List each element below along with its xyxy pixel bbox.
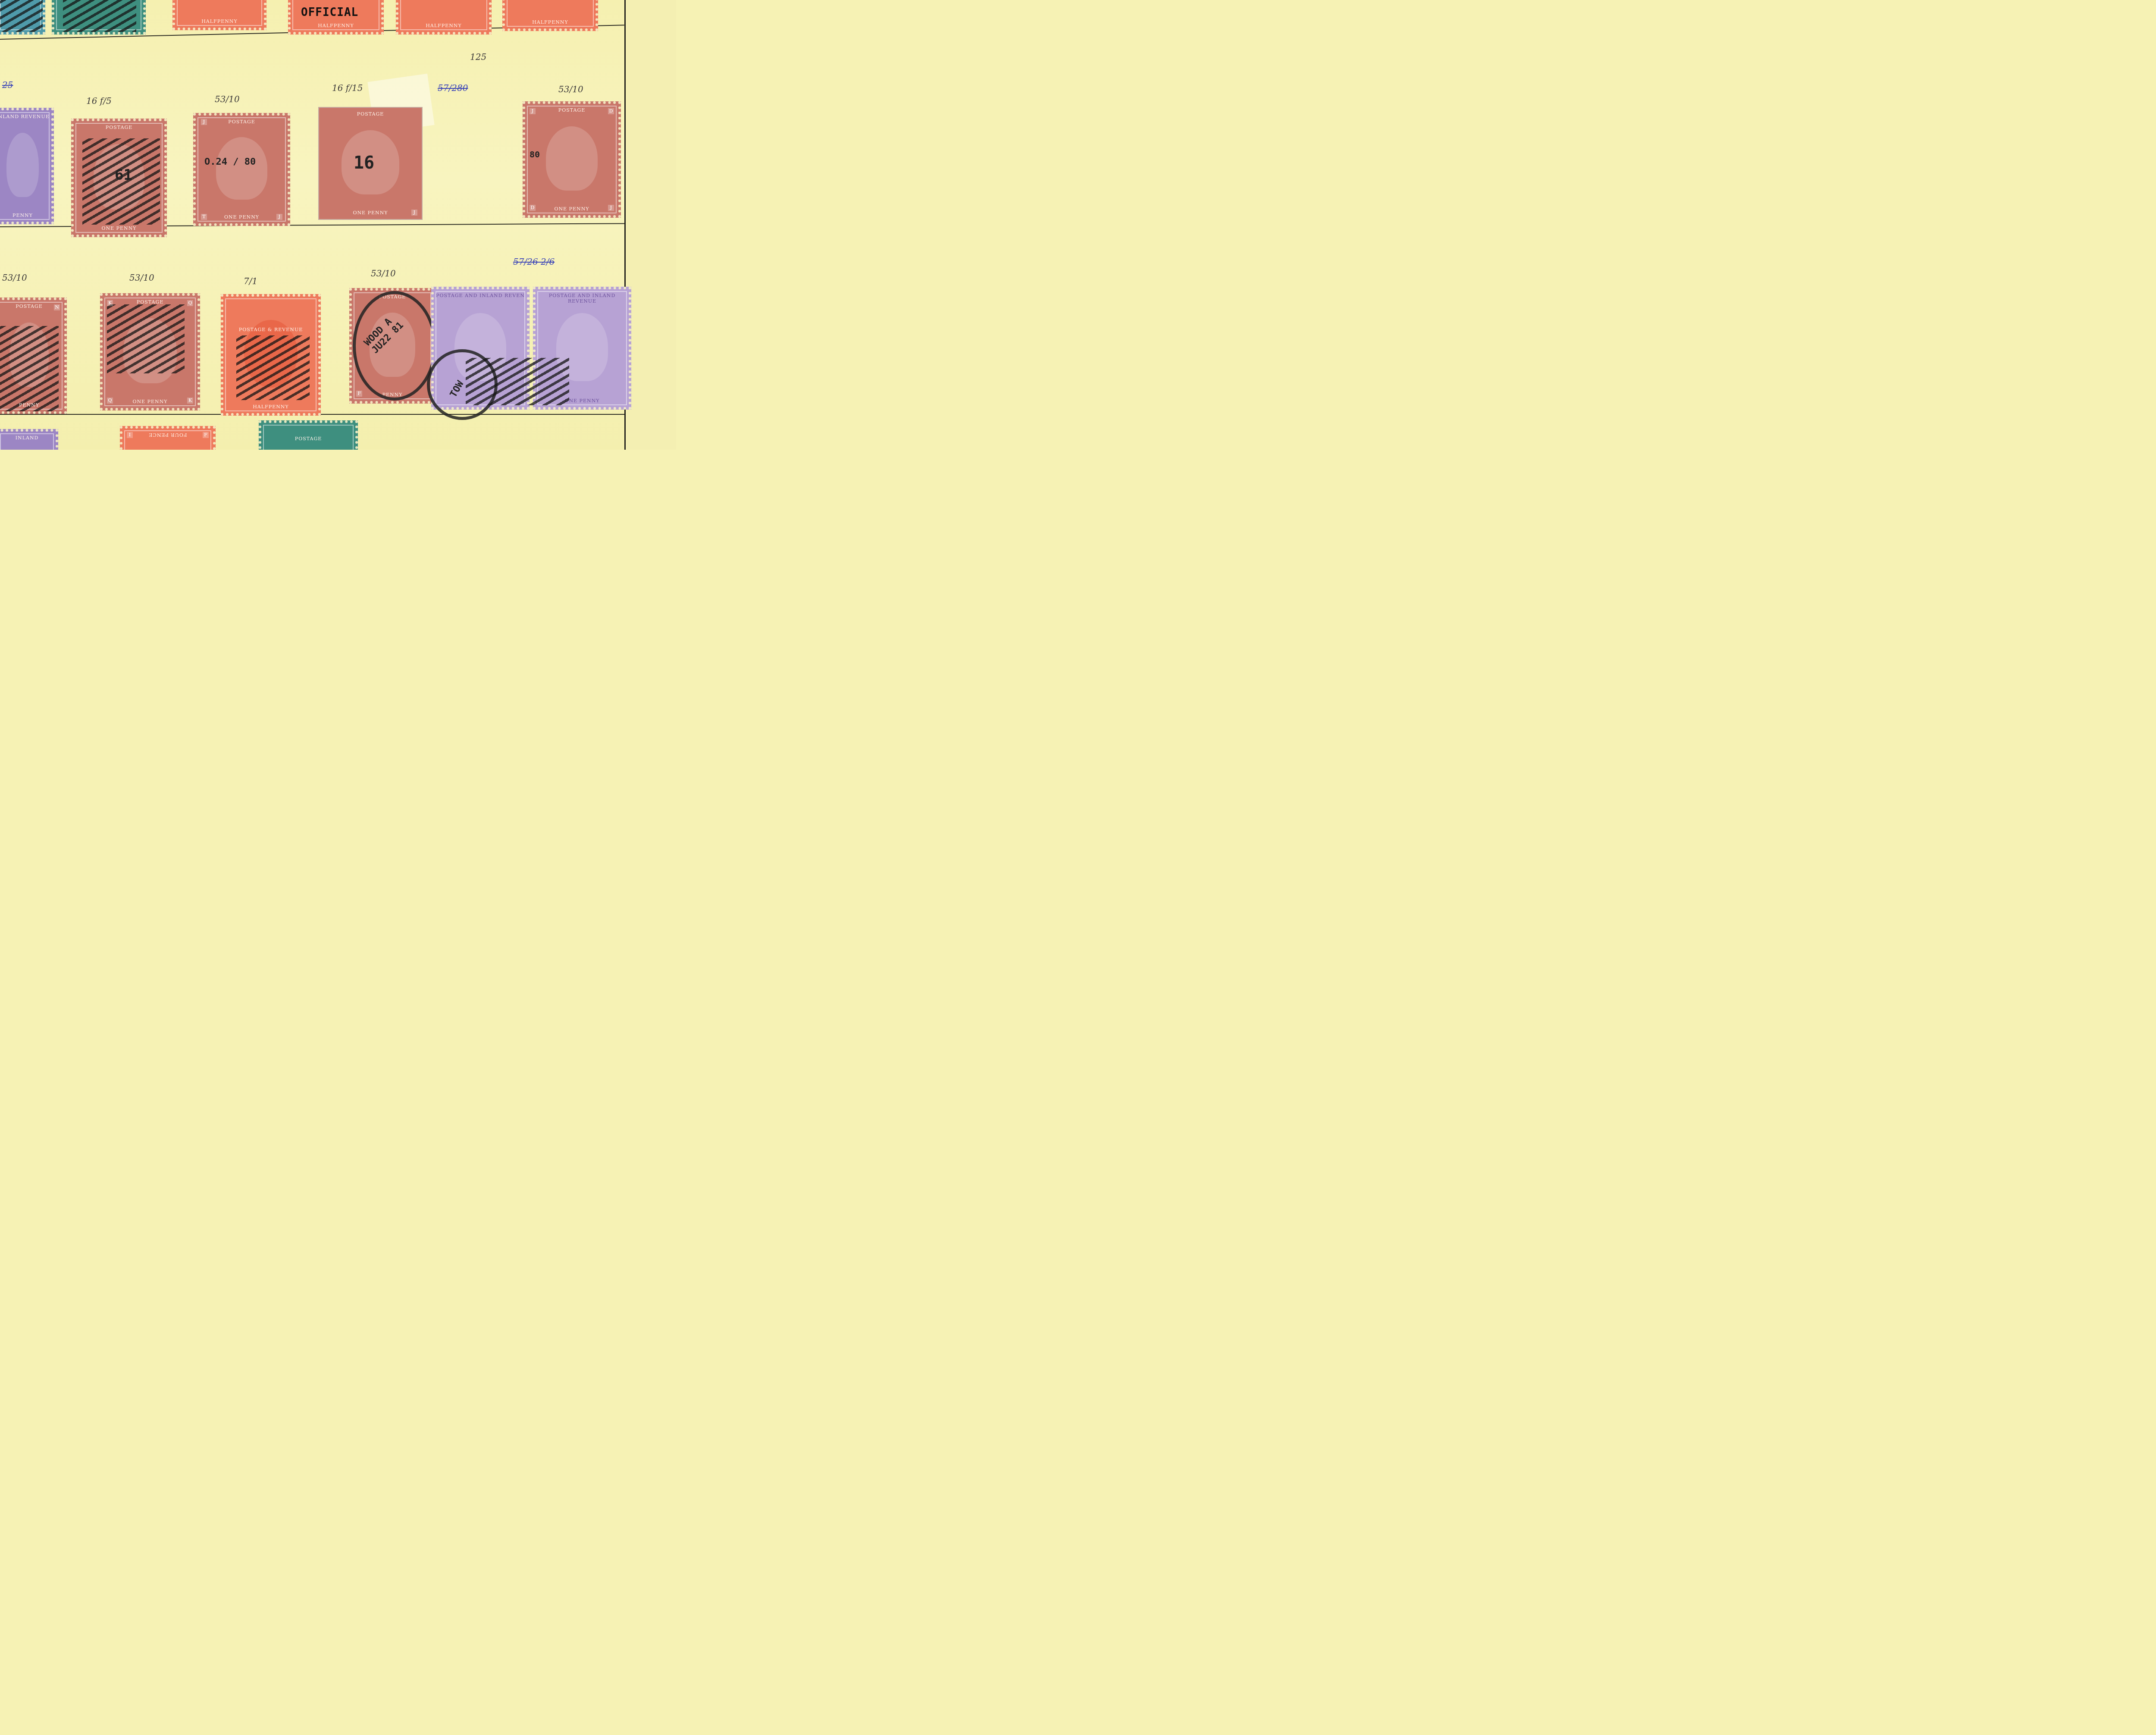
stamp-row4-fourpence: FOUR PENCEIF <box>120 426 216 450</box>
annotation-row2-4: 16 f/15 <box>332 83 363 93</box>
postmark-61: 61 <box>115 166 132 184</box>
stamp-halfpenny-green <box>52 0 146 34</box>
annotation-row2-6: 57/280 <box>438 83 468 93</box>
stamp-inland-revenue-lilac: INLAND REVENUEPENNY <box>0 108 54 224</box>
stamp-penny-red-5: POSTAGEONE PENNYKQQK <box>100 293 200 410</box>
annotation-row3-4: 53/10 <box>371 268 396 279</box>
postmark-80: 80 <box>530 149 540 160</box>
stamp-halfpenny-postage-revenue: POSTAGE & REVENUEHALFPENNY <box>221 294 321 416</box>
stamp-halfpenny-orange-1: HALFPENNY <box>172 0 266 30</box>
stamp-row4-green: POSTAGE <box>259 420 358 450</box>
annotation-row3-3: 7/1 <box>244 276 257 286</box>
annotation-row3-5: 57/26 2/6 <box>513 257 555 267</box>
annotation-row2-2: 16 f/5 <box>86 96 112 106</box>
stamp-row4-lilac: INLAND <box>0 429 58 450</box>
stamp-halfpenny-orange-3: HALFPENNY <box>502 0 598 31</box>
annotation-row2-7: 53/10 <box>558 84 583 94</box>
stamp-halfpenny-teal <box>0 0 45 34</box>
official-overprint: OFFICIAL <box>301 6 358 19</box>
annotation-row2-3: 53/10 <box>215 94 240 104</box>
page-margin <box>626 0 676 450</box>
annotation-row3-1: 53/10 <box>2 272 27 283</box>
stamp-penny-red-imperf: POSTAGEONE PENNYJ16 <box>318 107 423 220</box>
stamp-penny-red-2: POSTAGEONE PENNYJTJO.24 / 80 <box>193 113 290 226</box>
stamp-penny-red-1: POSTAGEONE PENNY61 <box>71 119 167 237</box>
annotation-row2-1: 25 <box>2 80 13 90</box>
postmark-date: O.24 / 80 <box>204 157 256 167</box>
cancel-bars <box>466 358 569 405</box>
stamp-penny-red-4: POSTAGEPENNYN <box>0 298 67 414</box>
stamp-halfpenny-orange-2: HALFPENNY <box>396 0 492 34</box>
annotation-row3-2: 53/10 <box>129 272 154 283</box>
postmark-16: 16 <box>354 153 374 173</box>
album-page: HALFPENNY HALFPENNY OFFICIAL HALFPENNY H… <box>0 0 676 450</box>
stamp-penny-red-3: POSTAGEONE PENNYJDDJ80 <box>523 101 621 218</box>
annotation-row2-5: 125 <box>470 52 486 62</box>
